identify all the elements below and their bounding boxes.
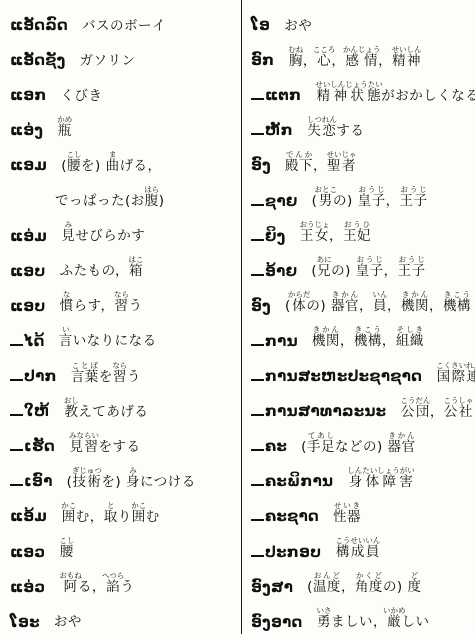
left-column: ແອັດລົດバスのボーイແອັດຊັງガソリンແອກくびきແອ່ງ瓶かめແອມ…	[0, 0, 241, 634]
japanese-definition: でっぱった(お腹はら)	[55, 185, 165, 209]
japanese-definition: 機関きかん，機構きこう，組織そしき	[312, 325, 424, 349]
sub-entry-marker	[10, 449, 23, 451]
kanji-with-furigana: 厳いかめ	[387, 614, 402, 630]
dictionary-entry: ແອ່ງ瓶かめ	[10, 107, 241, 142]
kanji-with-furigana: 囲かこ	[61, 509, 76, 525]
kanji-with-furigana: 組織そしき	[396, 333, 424, 349]
sub-entry-marker	[251, 239, 264, 241]
japanese-definition: おや	[284, 20, 312, 34]
dictionary-entry: ແອ່ມ見みせびらかす	[10, 213, 241, 248]
dictionary-entry: ຄະພິການ身体障害しんたいしょうがい	[251, 458, 475, 493]
lao-headword: ແອ້ມ	[10, 509, 47, 524]
dictionary-entry: ແອ້ມ囲かこむ，取とり囲かこむ	[10, 493, 241, 528]
kanji-with-furigana: 身体障害しんたいしょうがい	[347, 474, 415, 490]
kanji-with-furigana: 王子おうじ	[398, 263, 426, 279]
kanji-with-furigana: 失恋しつれん	[307, 123, 337, 139]
kanji-with-furigana: 習なら	[115, 298, 129, 314]
kanji-with-furigana: 感情かんじょう	[345, 53, 378, 69]
lao-headword: ແອບ	[10, 264, 46, 279]
dictionary-entry: ການສະຫະປະຊາຊາດ国際連合こくさいれんごう	[251, 353, 475, 388]
japanese-definition: 国際連合こくさいれんごう	[436, 361, 475, 385]
japanese-definition: 公団こうだん，公社こうしゃ	[400, 396, 473, 420]
kanji-with-furigana: 員いん	[373, 298, 387, 314]
lao-headword: ໂອະ	[10, 615, 40, 630]
dictionary-entry: ແອບふたもの，箱はこ	[10, 248, 241, 283]
japanese-definition: (体からだの) 器官きかん，員いん，機関きかん，機構きこう	[285, 290, 471, 314]
japanese-definition: 言いいなりになる	[59, 325, 157, 349]
japanese-definition: 言葉ことばを習ならう	[71, 361, 141, 385]
kanji-with-furigana: 心こころ	[317, 53, 332, 69]
japanese-definition: ふたもの，箱はこ	[60, 255, 144, 279]
kanji-with-furigana: 見習みならい	[69, 439, 99, 455]
sub-entry-marker	[10, 484, 23, 486]
japanese-definition: (腰こしを) 曲まげる，	[61, 150, 161, 174]
dictionary-entry: ຄະຊາດ性器せいき	[251, 493, 475, 528]
japanese-definition: 勇いさましい，厳いかめしい	[317, 606, 430, 630]
dictionary-entry: ອົງ殿下でんか，聖者せいじゃ	[251, 142, 475, 177]
dictionary-entry: ອ້າຍ(兄あにの) 皇子おうじ，王子おうじ	[251, 248, 475, 283]
dictionary-entry: ແອມ(腰こしを) 曲まげる，	[10, 142, 241, 177]
kanji-with-furigana: 腹はら	[145, 193, 159, 209]
japanese-definition: バスのボーイ	[82, 20, 166, 34]
kanji-with-furigana: 言い	[59, 333, 73, 349]
dictionary-entry: ແຕກ精神状態せいしんじょうたいがおかしくなる	[251, 72, 475, 107]
kanji-with-furigana: 器官きかん	[331, 298, 359, 314]
japanese-definition: 身体障害しんたいしょうがい	[347, 466, 415, 490]
sub-entry-marker	[251, 379, 264, 381]
dictionary-entry: ເອົາ(技術ぎじゅつを) 身みにつける	[10, 458, 241, 493]
japanese-definition: 殿下でんか，聖者せいじゃ	[285, 150, 357, 174]
kanji-with-furigana: 言葉ことば	[71, 369, 99, 385]
sub-entry-marker	[251, 133, 264, 135]
kanji-with-furigana: 慣な	[60, 298, 74, 314]
lao-headword: ຍິງ	[251, 229, 286, 244]
lao-headword: ການ	[251, 334, 298, 349]
lao-headword: ຊາຍ	[251, 194, 298, 209]
kanji-with-furigana: 角度かくど	[355, 579, 383, 595]
japanese-definition: (手足てあしなどの) 器官きかん	[301, 431, 415, 455]
dictionary-entry: ໄດ້言いいなりになる	[10, 318, 241, 353]
dictionary-entry: ແອ່ວ阿おもねる，諂へつらう	[10, 564, 241, 599]
lao-headword: ຄະພິການ	[251, 474, 333, 489]
kanji-with-furigana: 身み	[126, 474, 140, 490]
lao-headword: ອົງ	[251, 299, 271, 314]
lao-headword: ອົກ	[251, 53, 274, 68]
dictionary-entry: ການສາທາລະນະ公団こうだん，公社こうしゃ	[251, 388, 475, 423]
sub-entry-marker	[251, 204, 264, 206]
kanji-with-furigana: 国際連合こくさいれんごう	[436, 369, 475, 385]
kanji-with-furigana: 機関きかん	[401, 298, 429, 314]
kanji-with-furigana: 機構きこう	[354, 333, 382, 349]
lao-headword: ການສະຫະປະຊາຊາດ	[251, 369, 422, 384]
kanji-with-furigana: 王女おうじょ	[300, 228, 330, 244]
dictionary-entry: ແອັດຊັງガソリン	[10, 37, 241, 72]
lao-headword: ປະກອບ	[251, 545, 321, 560]
kanji-with-furigana: 聖者せいじゃ	[327, 158, 357, 174]
japanese-definition: くびき	[61, 90, 103, 104]
kanji-with-furigana: 公社こうしゃ	[444, 404, 474, 420]
japanese-definition: (兄あにの) 皇子おうじ，王子おうじ	[311, 255, 425, 279]
kanji-with-furigana: 腰こし	[59, 544, 74, 560]
dictionary-entry: ການ機関きかん，機構きこう，組織そしき	[251, 318, 475, 353]
lao-headword: ໄດ້	[10, 334, 45, 349]
kanji-with-furigana: 技術ぎじゅつ	[72, 474, 101, 490]
kanji-with-furigana: 精神せいしん	[392, 53, 422, 69]
kanji-with-furigana: 腰こし	[67, 158, 81, 174]
kanji-with-furigana: 胸むね	[288, 53, 303, 69]
japanese-definition: 見習みならいをする	[69, 431, 141, 455]
japanese-definition: おや	[54, 616, 82, 630]
kanji-with-furigana: 箱はこ	[129, 263, 144, 279]
japanese-definition: 構成員こうせいいん	[335, 536, 380, 560]
sub-entry-marker	[251, 519, 264, 521]
kanji-with-furigana: 兄あに	[317, 263, 331, 279]
dictionary-entry: ປາກ言葉ことばを習ならう	[10, 353, 241, 388]
lao-headword: ແອວ	[10, 545, 45, 560]
japanese-definition: 見みせびらかす	[61, 220, 145, 244]
sub-entry-marker	[251, 555, 264, 557]
lao-headword: ແອມ	[10, 158, 47, 173]
lao-headword: ອົງສາ	[251, 580, 293, 595]
kanji-with-furigana: 温度おんど	[313, 579, 341, 595]
kanji-with-furigana: 習なら	[113, 369, 127, 385]
dictionary-entry: ເຮັດ見習みならいをする	[10, 423, 241, 458]
lao-headword: ແອ່ມ	[10, 229, 47, 244]
lao-headword: ຄະຊາດ	[251, 509, 319, 524]
dictionary-entry: ອົງສາ(温度おんど，角度かくどの) 度ど	[251, 564, 475, 599]
kanji-with-furigana: 機関きかん	[312, 333, 340, 349]
japanese-definition: 慣ならす，習ならう	[60, 290, 143, 314]
lao-headword: ເອົາ	[10, 474, 53, 489]
dictionary-entry: ອົງອາດ勇いさましい，厳いかめしい	[251, 599, 475, 634]
japanese-definition: 胸むね，心こころ，感情かんじょう，精神せいしん	[288, 45, 421, 69]
lao-headword: ແອກ	[10, 88, 47, 103]
kanji-with-furigana: 阿おもね	[59, 579, 78, 595]
japanese-definition: 瓶かめ	[57, 115, 72, 139]
kanji-with-furigana: 王妃おうひ	[343, 228, 371, 244]
kanji-with-furigana: 皇子おうじ	[356, 263, 384, 279]
kanji-with-furigana: 囲かこ	[132, 509, 146, 525]
dictionary-entry-continuation: でっぱった(お腹はら)	[10, 177, 241, 212]
kanji-with-furigana: 器官きかん	[388, 439, 416, 455]
kanji-with-furigana: 機構きこう	[443, 298, 471, 314]
japanese-definition: 阿おもねる，諂へつらう	[59, 571, 134, 595]
dictionary-entry: ອົງ(体からだの) 器官きかん，員いん，機関きかん，機構きこう	[251, 283, 475, 318]
japanese-definition: ガソリン	[80, 55, 136, 69]
kanji-with-furigana: 殿下でんか	[285, 158, 313, 174]
dictionary-entry: ແອວ腰こし	[10, 528, 241, 563]
dictionary-entry: ໃຫ້教おしえてあげる	[10, 388, 241, 423]
japanese-definition: 失恋しつれんする	[307, 115, 365, 139]
dictionary-entry: ຄະ(手足てあしなどの) 器官きかん	[251, 423, 475, 458]
lao-headword: ປາກ	[10, 369, 57, 384]
dictionary-entry: ໂອະおや	[10, 599, 241, 634]
lao-headword: ໂອ	[251, 18, 270, 33]
sub-entry-marker	[251, 274, 264, 276]
kanji-with-furigana: 王子おうじ	[400, 193, 428, 209]
kanji-with-furigana: 体からだ	[291, 298, 307, 314]
dictionary-entry: ແອັດລົດバスのボーイ	[10, 2, 241, 37]
lao-headword: ອົງ	[251, 158, 271, 173]
lao-headword: ແອັດລົດ	[10, 18, 68, 33]
kanji-with-furigana: 精神状態せいしんじょうたい	[315, 88, 381, 104]
dictionary-entry: ຊາຍ(男おとこの) 皇子おうじ，王子おうじ	[251, 177, 475, 212]
kanji-with-furigana: 諂へつら	[106, 579, 121, 595]
kanji-with-furigana: 取と	[104, 509, 118, 525]
sub-entry-marker	[251, 344, 264, 346]
kanji-with-furigana: 男おとこ	[317, 193, 333, 209]
lao-headword: ການສາທາລະນະ	[251, 404, 386, 419]
lao-headword: ແອ່ງ	[10, 123, 43, 138]
sub-entry-marker	[251, 449, 264, 451]
kanji-with-furigana: 瓶かめ	[57, 123, 72, 139]
dictionary-entry: ແອກくびき	[10, 72, 241, 107]
japanese-definition: 精神状態せいしんじょうたいがおかしくなる	[315, 80, 475, 104]
lao-headword: ອົງອາດ	[251, 615, 303, 630]
dictionary-entry: ແອບ慣ならす，習ならう	[10, 283, 241, 318]
kanji-with-furigana: 勇いさ	[317, 614, 332, 630]
kanji-with-furigana: 度ど	[408, 579, 422, 595]
kanji-with-furigana: 皇子おうじ	[358, 193, 386, 209]
lao-headword: ໃຫ້	[10, 404, 50, 419]
japanese-definition: 腰こし	[59, 536, 74, 560]
lao-headword: ແຕກ	[251, 88, 301, 103]
kanji-with-furigana: 構成員こうせいいん	[335, 544, 380, 560]
kanji-with-furigana: 見み	[61, 228, 75, 244]
dictionary-entry: ອົກ胸むね，心こころ，感情かんじょう，精神せいしん	[251, 37, 475, 72]
dictionary-page: ແອັດລົດバスのボーイແອັດຊັງガソリンແອກくびきແອ່ງ瓶かめແອມ…	[0, 0, 475, 634]
kanji-with-furigana: 性器せいき	[333, 509, 361, 525]
kanji-with-furigana: 教おし	[64, 404, 79, 420]
lao-headword: ແອ່ວ	[10, 580, 45, 595]
japanese-definition: (男おとこの) 皇子おうじ，王子おうじ	[312, 185, 428, 209]
sub-entry-marker	[251, 414, 264, 416]
japanese-definition: 王女おうじょ，王妃おうひ	[300, 220, 372, 244]
dictionary-entry: ຍິງ王女おうじょ，王妃おうひ	[251, 213, 475, 248]
japanese-definition: 教おしえてあげる	[64, 396, 149, 420]
japanese-definition: 性器せいき	[333, 501, 361, 525]
japanese-definition: 囲かこむ，取とり囲かこむ	[61, 501, 160, 525]
dictionary-entry: ຫັກ失恋しつれんする	[251, 107, 475, 142]
dictionary-entry: ປະກອບ構成員こうせいいん	[251, 528, 475, 563]
sub-entry-marker	[10, 379, 23, 381]
right-column: ໂອおやອົກ胸むね，心こころ，感情かんじょう，精神せいしんແຕກ精神状態せいし…	[242, 0, 475, 634]
lao-headword: ແອັດຊັງ	[10, 53, 66, 68]
japanese-definition: (温度おんど，角度かくどの) 度ど	[307, 571, 421, 595]
kanji-with-furigana: 手足てあし	[307, 439, 335, 455]
lao-headword: ຄະ	[251, 439, 287, 454]
sub-entry-marker	[10, 344, 23, 346]
lao-headword: ຫັກ	[251, 123, 293, 138]
kanji-with-furigana: 曲ま	[106, 158, 120, 174]
sub-entry-marker	[251, 484, 264, 486]
lao-headword: ເຮັດ	[10, 439, 55, 454]
sub-entry-marker	[10, 414, 23, 416]
lao-headword: ອ້າຍ	[251, 264, 297, 279]
kanji-with-furigana: 公団こうだん	[400, 404, 430, 420]
lao-headword: ແອບ	[10, 299, 46, 314]
dictionary-entry: ໂອおや	[251, 2, 475, 37]
sub-entry-marker	[251, 98, 264, 100]
japanese-definition: (技術ぎじゅつを) 身みにつける	[67, 466, 196, 490]
